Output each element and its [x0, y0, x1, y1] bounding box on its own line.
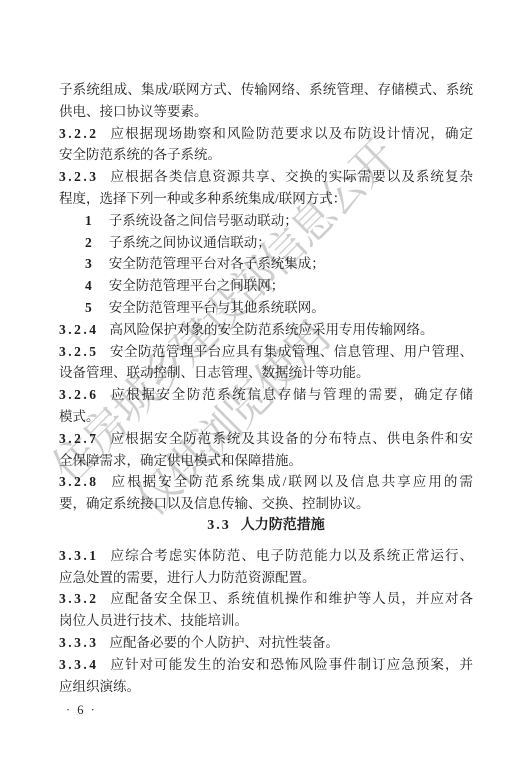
clause-line: 3.2.4高风险保护对象的安全防范系统应采用专用传输网络。 [59, 319, 473, 341]
page-number: · 6 · [59, 703, 473, 718]
clause-line: 3.3.3应配备必要的个人防护、对抗性装备。 [59, 632, 473, 654]
text-line: 应组织演练。 [59, 676, 473, 698]
line-text: 安全防范系统的各子系统。 [59, 147, 221, 162]
clause-number: 3.2.5 [59, 344, 99, 359]
text-line: 子系统组成、集成/联网方式、传输网络、系统管理、存储模式、系统 [59, 79, 473, 101]
clause-number: 3.3.2 [59, 591, 99, 606]
text-line: 程度，选择下列一种或多种系统集成/联网方式： [59, 188, 473, 210]
line-text: 安全防范管理平台与其他系统联网。 [109, 300, 325, 315]
clause-number: 3.2.2 [59, 126, 99, 141]
text-line: 模式。 [59, 406, 473, 428]
list-item-number: 4 [85, 278, 92, 293]
line-text: 应根据安全防范系统及其设备的分布特点、供电条件和安 [110, 431, 474, 446]
line-text: 应综合考虑实体防范、电子防范能力以及系统正常运行、 [110, 548, 474, 563]
line-text: 应组织演练。 [59, 679, 140, 694]
line-text: 安全防范管理平台应具有集成管理、信息管理、用户管理、 [110, 344, 474, 359]
section-number: 3.3 [207, 518, 231, 533]
clause-number: 3.2.8 [59, 474, 99, 489]
line-text: 高风险保护对象的安全防范系统应采用专用传输网络。 [110, 322, 434, 337]
clause-line: 3.2.3应根据各类信息资源共享、交换的实际需要以及系统复杂 [59, 166, 473, 188]
list-item: 3安全防范管理平台对各子系统集成； [59, 253, 473, 275]
list-item-number: 5 [85, 300, 92, 315]
clause-line: 3.3.1应综合考虑实体防范、电子防范能力以及系统正常运行、 [59, 545, 473, 567]
section-heading: 3.3人力防范措施 [59, 515, 473, 537]
list-item: 4安全防范管理平台之间联网； [59, 275, 473, 297]
clause-line: 3.2.7应根据安全防范系统及其设备的分布特点、供电条件和安 [59, 428, 473, 450]
clause-number: 3.3.4 [59, 657, 99, 672]
clause-line: 3.3.2应配备安全保卫、系统值机操作和维护等人员，并应对各 [59, 588, 473, 610]
line-text: 供电、接口协议等要素。 [59, 104, 208, 119]
line-text: 程度，选择下列一种或多种系统集成/联网方式： [59, 191, 346, 206]
line-text: 人力防范措施 [241, 518, 325, 533]
line-text: 应根据安全防范系统集成/联网以及信息共享应用的需 [110, 474, 474, 489]
line-text: 应配备安全保卫、系统值机操作和维护等人员，并应对各 [110, 591, 474, 606]
line-text: 应配备必要的个人防护、对抗性装备。 [110, 635, 340, 650]
line-text: 应根据各类信息资源共享、交换的实际需要以及系统复杂 [110, 169, 474, 184]
line-text: 子系统之间协议通信联动； [109, 235, 271, 250]
clause-number: 3.2.3 [59, 169, 99, 184]
list-item: 5安全防范管理平台与其他系统联网。 [59, 297, 473, 319]
clause-number: 3.3.1 [59, 548, 99, 563]
clause-number: 3.2.6 [59, 387, 99, 402]
list-item-number: 2 [85, 235, 92, 250]
text-line: 全保障需求，确定供电模式和保障措施。 [59, 450, 473, 472]
line-text: 应针对可能发生的治安和恐怖风险事件制订应急预案，并 [110, 657, 474, 672]
line-text: 应急处置的需要，进行人力防范资源配置。 [59, 570, 316, 585]
line-text: 岗位人员进行技术、技能培训。 [59, 613, 248, 628]
list-item: 2子系统之间协议通信联动； [59, 232, 473, 254]
clause-number: 3.3.3 [59, 635, 99, 650]
line-text: 安全防范管理平台之间联网； [109, 278, 285, 293]
clause-line: 3.2.6应根据安全防范系统信息存储与管理的需要，确定存储 [59, 384, 473, 406]
list-item: 1子系统设备之间信号驱动联动； [59, 210, 473, 232]
line-text: 要，确定系统接口以及信息传输、交换、控制协议。 [59, 496, 370, 511]
text-line: 岗位人员进行技术、技能培训。 [59, 610, 473, 632]
clause-line: 3.3.4应针对可能发生的治安和恐怖风险事件制订应急预案，并 [59, 654, 473, 676]
clause-line: 3.2.2应根据现场勘察和风险防范要求以及布防设计情况，确定 [59, 123, 473, 145]
text-line: 安全防范系统的各子系统。 [59, 144, 473, 166]
line-text: 子系统组成、集成/联网方式、传输网络、系统管理、存储模式、系统 [59, 82, 473, 97]
list-item-number: 3 [85, 256, 92, 271]
text-line: 要，确定系统接口以及信息传输、交换、控制协议。 [59, 493, 473, 515]
text-lines-container: 子系统组成、集成/联网方式、传输网络、系统管理、存储模式、系统供电、接口协议等要… [59, 79, 473, 697]
document-page: 住房城乡建设部信息公开 仅供浏览使用 子系统组成、集成/联网方式、传输网络、系统… [0, 0, 529, 767]
line-text: 全保障需求，确定供电模式和保障措施。 [59, 453, 302, 468]
line-text: 应根据安全防范系统信息存储与管理的需要，确定存储 [110, 387, 474, 402]
line-text: 设备管理、联动控制、日志管理、数据统计等功能。 [59, 365, 370, 380]
list-item-number: 1 [85, 213, 92, 228]
clause-number: 3.2.7 [59, 431, 99, 446]
text-line: 供电、接口协议等要素。 [59, 101, 473, 123]
clause-line: 3.2.5安全防范管理平台应具有集成管理、信息管理、用户管理、 [59, 341, 473, 363]
clause-number: 3.2.4 [59, 322, 99, 337]
line-text: 子系统设备之间信号驱动联动； [109, 213, 298, 228]
text-line: 应急处置的需要，进行人力防范资源配置。 [59, 567, 473, 589]
clause-line: 3.2.8应根据安全防范系统集成/联网以及信息共享应用的需 [59, 471, 473, 493]
text-line: 设备管理、联动控制、日志管理、数据统计等功能。 [59, 362, 473, 384]
document-body: 子系统组成、集成/联网方式、传输网络、系统管理、存储模式、系统供电、接口协议等要… [59, 79, 473, 718]
line-text: 应根据现场勘察和风险防范要求以及布防设计情况，确定 [110, 126, 474, 141]
line-text: 模式。 [59, 409, 100, 424]
line-text: 安全防范管理平台对各子系统集成； [109, 256, 325, 271]
